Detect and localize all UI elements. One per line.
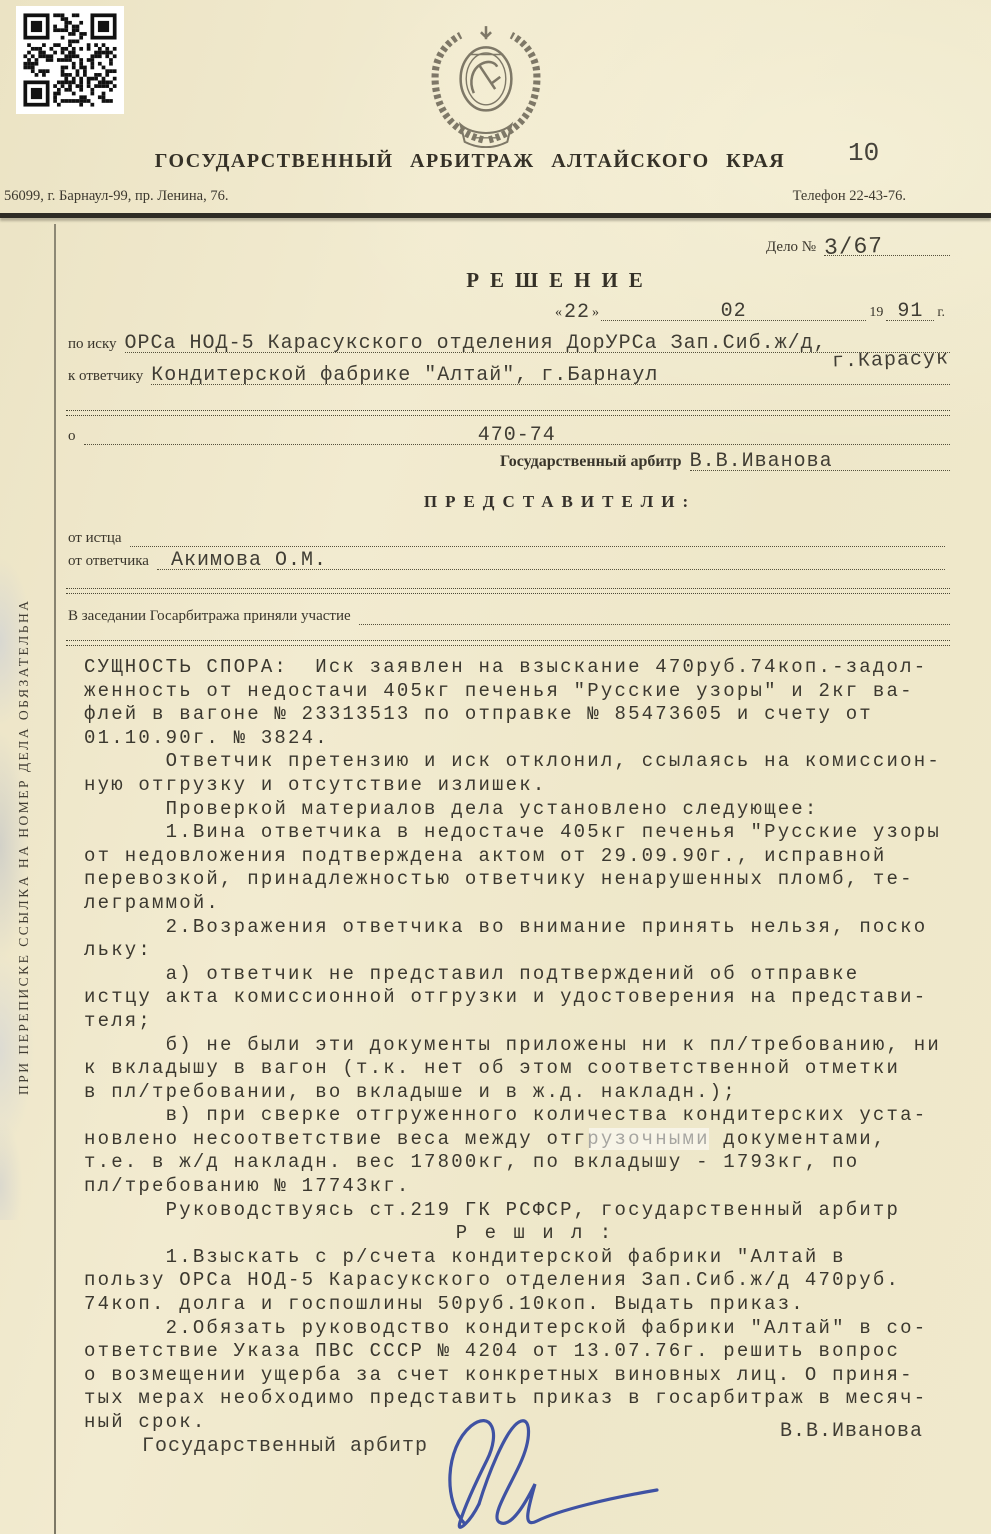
- arbiter-row: Государственный арбитр В.В.Иванова: [500, 450, 950, 471]
- margin-vertical-rule: [54, 224, 56, 1534]
- body-line: в) при сверке отгруженного количества ко…: [84, 1104, 986, 1128]
- rep-defendant-row: от ответчика Акимова О.М.: [68, 549, 945, 570]
- arbiter-signature-name: В.В.Иванова: [780, 1422, 923, 1442]
- separator: [66, 410, 950, 416]
- body-line: Ответчик претензию и иск отклонил, ссыла…: [84, 750, 986, 774]
- arbiter-label: Государственный арбитр: [500, 453, 690, 471]
- signature-label: Государственный арбитр: [142, 1437, 428, 1457]
- case-number-label: Дело №: [766, 239, 824, 256]
- body-line: ответствие Указа ПВС СССР № 4204 от 13.0…: [84, 1340, 986, 1364]
- defendant-value: Кондитерской фабрике "Алтай", г.Барнаул: [151, 366, 658, 386]
- body-line: б) не были эти документы приложены ни к …: [84, 1034, 986, 1058]
- subject-value: 470-74: [478, 426, 556, 446]
- representatives-title: ПРЕДСТАВИТЕЛИ:: [120, 492, 991, 512]
- qr-code: [16, 6, 124, 114]
- subject-row: о 470-74: [68, 424, 950, 445]
- handwritten-signature: [425, 1402, 670, 1534]
- plaintiff-value: ОРСа НОД-5 Карасукского отделения ДорУРС…: [125, 334, 827, 354]
- rep-plaintiff-row: от истца: [68, 526, 945, 547]
- defendant-row: к ответчику Кондитерской фабрике "Алтай"…: [68, 364, 950, 385]
- case-number-value: 3/67: [824, 235, 884, 260]
- body-line: леграммой.: [84, 892, 986, 916]
- org-title: ГОСУДАРСТВЕННЫЙ АРБИТРАЖ АЛТАЙСКОГО КРАЯ: [70, 150, 870, 173]
- date-month: 02: [721, 302, 747, 322]
- doc-title: РЕШЕНИЕ: [120, 268, 991, 293]
- body-line: истцу акта комиссионной отгрузки и удост…: [84, 986, 986, 1010]
- body-line: пл/требованию № 17743кг.: [84, 1175, 986, 1199]
- body-line: в пл/требовании, во вкладыше и в ж.д. на…: [84, 1081, 986, 1105]
- org-address: 56099, г. Барнаул-99, пр. Ленина, 76.: [4, 188, 228, 205]
- body-line: к вкладышу в вагон (т.к. нет об этом соо…: [84, 1057, 986, 1081]
- page-number: 10: [848, 138, 879, 168]
- body-line: 2.Возражения ответчика во внимание приня…: [84, 916, 986, 940]
- separator: [66, 640, 950, 646]
- body-line: т.е. в ж/д накладн. вес 17800кг, по вкла…: [84, 1151, 986, 1175]
- year-suffix: г.: [934, 305, 948, 321]
- body-line: льку:: [84, 939, 986, 963]
- date-day: 22: [564, 303, 590, 323]
- body-line: ную отгрузку и отсутствие излишек.: [84, 774, 986, 798]
- body-line: о возмещении ущерба за счет конкретных в…: [84, 1364, 986, 1388]
- rep-defendant-label: от ответчика: [68, 553, 157, 570]
- arbiter-value: В.В.Иванова: [690, 452, 833, 472]
- body-line: флей в вагоне № 23313513 по отправке № 8…: [84, 703, 986, 727]
- body-line: женность от недостачи 405кг печенья "Рус…: [84, 680, 986, 704]
- session-label: В заседании Госарбитража приняли участие: [68, 608, 359, 625]
- body-line: Руководствуясь ст.219 ГК РСФСР, государс…: [84, 1199, 986, 1223]
- defendant-label: к ответчику: [68, 368, 151, 385]
- open-quote: «: [553, 305, 564, 321]
- body-line: новлено несоответствие веса между отгруз…: [84, 1128, 986, 1152]
- date-row: « 22 » 02 19 91 г.: [553, 300, 948, 321]
- body-line: а) ответчик не представил подтверждений …: [84, 963, 986, 987]
- separator: [66, 588, 950, 594]
- body-line: 1.Вина ответчика в недостаче 405кг печен…: [84, 821, 986, 845]
- body-line: Р е ш и л :: [84, 1222, 986, 1246]
- margin-note: ПРИ ПЕРЕПИСКЕ ССЫЛКА НА НОМЕР ДЕЛА ОБЯЗА…: [16, 505, 32, 1095]
- body-line: 1.Взыскать с р/счета кондитерской фабрик…: [84, 1246, 986, 1270]
- org-phone: Телефон 22-43-76.: [793, 188, 906, 205]
- body-line: СУЩНОСТЬ СПОРА: Иск заявлен на взыскание…: [84, 656, 986, 680]
- body-text: СУЩНОСТЬ СПОРА: Иск заявлен на взыскание…: [84, 656, 986, 1435]
- header-contact-row: 56099, г. Барнаул-99, пр. Ленина, 76. Те…: [4, 188, 906, 205]
- body-line: 74коп. долга и госпошлины 50руб.10коп. В…: [84, 1293, 986, 1317]
- body-line: от недовложения подтверждена актом от 29…: [84, 845, 986, 869]
- session-row: В заседании Госарбитража приняли участие: [68, 604, 950, 625]
- rep-defendant-value: Акимова О.М.: [157, 551, 327, 571]
- body-line: Проверкой материалов дела установлено сл…: [84, 798, 986, 822]
- header-rule: [0, 213, 991, 218]
- case-number-row: Дело № 3/67: [766, 232, 950, 256]
- body-line: пользу ОРСа НОД-5 Карасукского отделения…: [84, 1269, 986, 1293]
- rep-plaintiff-label: от истца: [68, 530, 130, 547]
- body-line: теля;: [84, 1010, 986, 1034]
- rsfsr-coat-of-arms-icon: [420, 24, 552, 148]
- body-line: 01.10.90г. № 3824.: [84, 727, 986, 751]
- year-prefix: 19: [866, 305, 886, 321]
- subject-label: о: [68, 428, 84, 445]
- plaintiff-label: по иску: [68, 336, 125, 353]
- plaintiff-row: по иску ОРСа НОД-5 Карасукского отделени…: [68, 332, 950, 353]
- date-year: 91: [897, 302, 923, 322]
- close-quote: »: [590, 305, 601, 321]
- body-line: 2.Обязать руководство кондитерской фабри…: [84, 1317, 986, 1341]
- document-page: ГОСУДАРСТВЕННЫЙ АРБИТРАЖ АЛТАЙСКОГО КРАЯ…: [0, 0, 991, 1534]
- body-line: перевозкой, принадлежностью ответчику не…: [84, 868, 986, 892]
